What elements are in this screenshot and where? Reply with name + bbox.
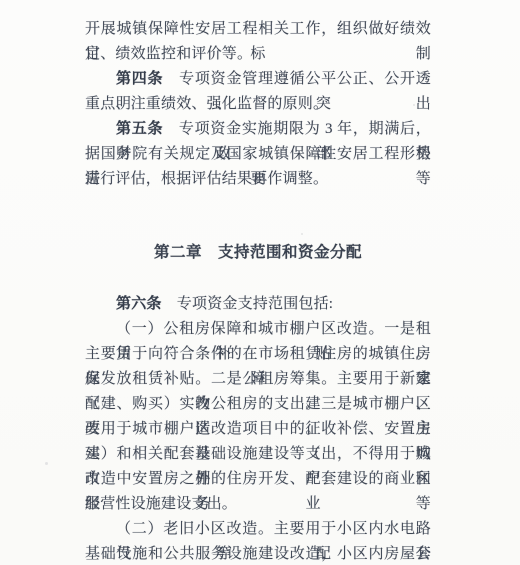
text-line: 庭发放租赁补贴。二是公租房筹集。主要用于新建（改建、 (85, 367, 431, 392)
paragraph-item-2: （二）老旧小区改造。主要用于小区内水电路气等配套 基础设施和公共服务设施建设改造… (85, 517, 431, 565)
paragraph-item-1: （一）公租房保障和城市棚户区改造。一是租赁补贴。 主要用于向符合条件的在市场租赁… (85, 317, 431, 517)
text-line: 改造中安置房之外的住房开发、配套建设的商业和服务业等 (85, 467, 431, 492)
text-line: （一）公租房保障和城市棚户区改造。一是租赁补贴。 (85, 317, 431, 342)
text-line: 据国务院有关规定及国家城镇保障性安居工程形势需要等 (85, 142, 431, 167)
paragraph-article-6: 第六条 专项资金支持范围包括: (85, 292, 431, 317)
chapter-2-heading: 第二章 支持范围和资金分配 (85, 240, 431, 265)
text-line: 买）和相关配套基础设施建设等支出，不得用于城市棚户区 (85, 442, 431, 467)
text-line: （二）老旧小区改造。主要用于小区内水电路气等配套 (85, 517, 431, 542)
paragraph-continuation: 开展城镇保障性安居工程相关工作，组织做好绩效目标制 定、绩效监控和评价等。 (85, 17, 431, 67)
text-line: 第五条 专项资金实施期限为 3 年，期满后，财政部根 (85, 117, 431, 142)
text-line: 开展城镇保障性安居工程相关工作，组织做好绩效目标制 (85, 17, 431, 42)
document-page: 开展城镇保障性安居工程相关工作，组织做好绩效目标制 定、绩效监控和评价等。 第四… (0, 0, 520, 565)
text-line: 第四条 专项资金管理遵循公平公正、公开透明、突出 (85, 67, 431, 92)
text-line: 要用于城市棚户区改造项目中的征收补偿、安置房建设（购 (85, 417, 431, 442)
article-4-term: 第四条 (116, 71, 163, 87)
document-body: 开展城镇保障性安居工程相关工作，组织做好绩效目标制 定、绩效监控和评价等。 第四… (85, 0, 431, 565)
text-line: 基础设施和公共服务设施建设改造，小区内房屋公共区域修 (85, 542, 431, 565)
scan-speck (45, 462, 48, 465)
article-5-term: 第五条 (116, 121, 163, 137)
text-line: 第六条 专项资金支持范围包括: (85, 292, 431, 317)
article-6-text: 专项资金支持范围包括: (162, 296, 334, 312)
paragraph-article-5: 第五条 专项资金实施期限为 3 年，期满后，财政部根 据国务院有关规定及国家城镇… (85, 117, 431, 192)
paragraph-article-4: 第四条 专项资金管理遵循公平公正、公开透明、突出 重点、注重绩效、强化监督的原则… (85, 67, 431, 117)
text-line: 配建、购买）实物公租房的支出。三是城市棚户区改造。主 (85, 392, 431, 417)
text-line: 主要用于向符合条件的在市场租赁住房的城镇住房保障家 (85, 342, 431, 367)
article-6-term: 第六条 (116, 296, 162, 312)
